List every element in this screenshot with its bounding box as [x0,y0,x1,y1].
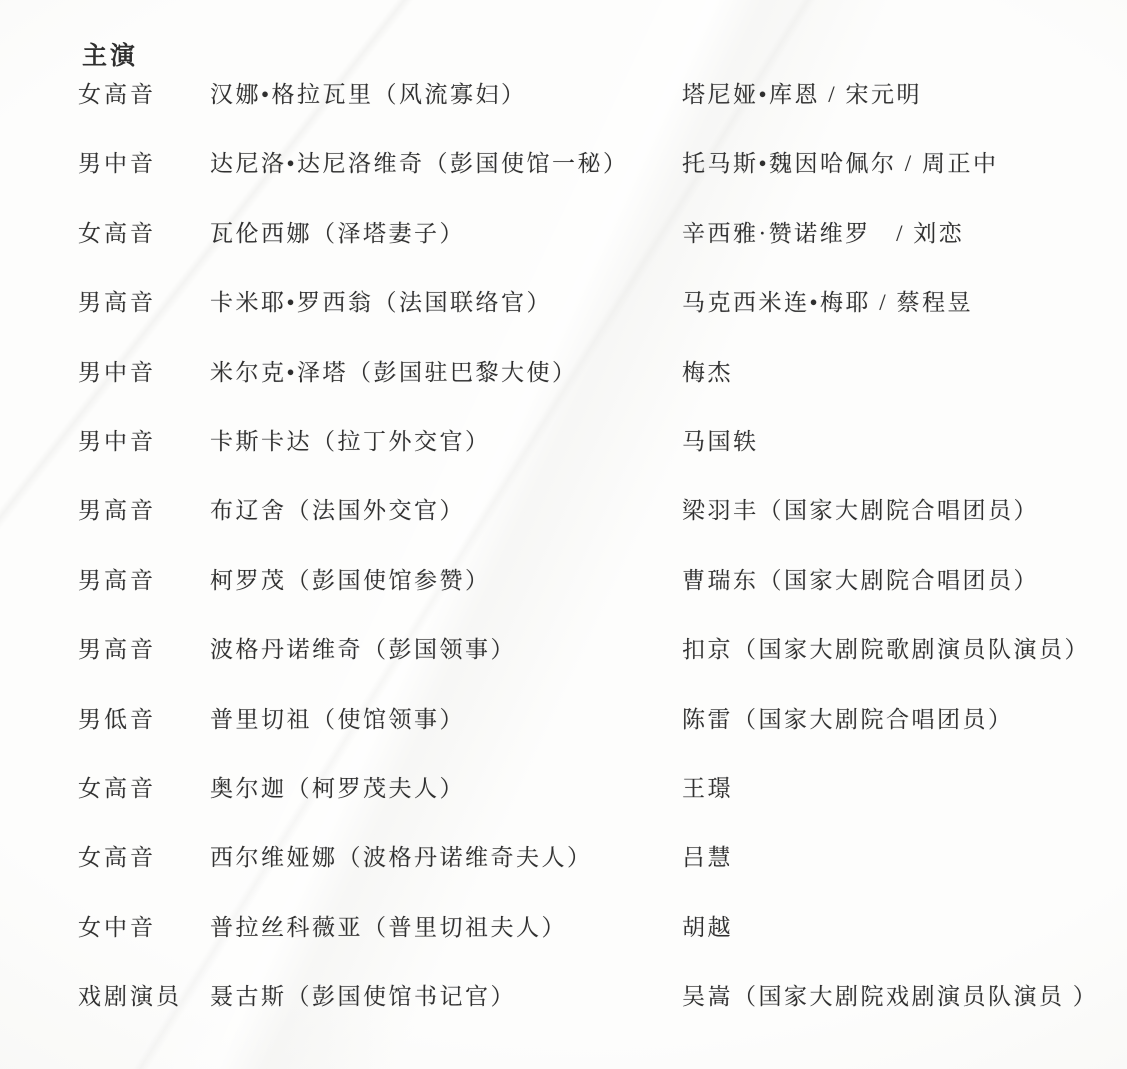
cast-row: 男低音 普里切祖（使馆领事） 陈雷（国家大剧院合唱团员） [78,705,1118,774]
voice-type-label: 男低音 [78,705,210,735]
document-page: 主演 女高音 汉娜•格拉瓦里（风流寡妇） 塔尼娅•库恩 / 宋元明 男中音 达尼… [0,0,1127,1069]
performer-label: 胡越 [682,913,1118,943]
voice-type-label: 男高音 [78,496,210,526]
character-role-label: 瓦伦西娜（泽塔妻子） [210,219,682,249]
character-role-label: 达尼洛•达尼洛维奇（彭国使馆一秘） [210,149,682,179]
character-role-label: 普拉丝科薇亚（普里切祖夫人） [210,913,682,943]
cast-row: 男高音 波格丹诺维奇（彭国领事） 扣京（国家大剧院歌剧演员队演员） [78,635,1118,704]
voice-type-label: 戏剧演员 [78,982,210,1012]
character-role-label: 米尔克•泽塔（彭国驻巴黎大使） [210,358,682,388]
cast-row: 男高音 布辽舍（法国外交官） 梁羽丰（国家大剧院合唱团员） [78,496,1118,565]
character-role-label: 布辽舍（法国外交官） [210,496,682,526]
performer-label: 辛西雅·赞诺维罗 / 刘恋 [682,219,1118,249]
performer-label: 梅杰 [682,358,1118,388]
performer-label: 曹瑞东（国家大剧院合唱团员） [682,566,1118,596]
cast-row: 戏剧演员 聂古斯（彭国使馆书记官） 吴嵩（国家大剧院戏剧演员队演员 ） [78,982,1118,1051]
voice-type-label: 女高音 [78,774,210,804]
voice-type-label: 女高音 [78,80,210,110]
voice-type-label: 男高音 [78,288,210,318]
performer-label: 扣京（国家大剧院歌剧演员队演员） [682,635,1118,665]
character-role-label: 聂古斯（彭国使馆书记官） [210,982,682,1012]
cast-row: 女高音 奥尔迦（柯罗茂夫人） 王璟 [78,774,1118,843]
voice-type-label: 男高音 [78,566,210,596]
cast-row: 男高音 柯罗茂（彭国使馆参赞） 曹瑞东（国家大剧院合唱团员） [78,566,1118,635]
performer-label: 王璟 [682,774,1118,804]
cast-row: 女高音 西尔维娅娜（波格丹诺维奇夫人） 吕慧 [78,843,1118,912]
cast-row: 男中音 达尼洛•达尼洛维奇（彭国使馆一秘） 托马斯•魏因哈佩尔 / 周正中 [78,149,1118,218]
character-role-label: 奥尔迦（柯罗茂夫人） [210,774,682,804]
voice-type-label: 男中音 [78,427,210,457]
performer-label: 吴嵩（国家大剧院戏剧演员队演员 ） [682,982,1118,1012]
character-role-label: 波格丹诺维奇（彭国领事） [210,635,682,665]
cast-row: 女高音 瓦伦西娜（泽塔妻子） 辛西雅·赞诺维罗 / 刘恋 [78,219,1118,288]
voice-type-label: 女高音 [78,219,210,249]
performer-label: 陈雷（国家大剧院合唱团员） [682,705,1118,735]
character-role-label: 卡米耶•罗西翁（法国联络官） [210,288,682,318]
performer-label: 马国轶 [682,427,1118,457]
cast-list: 女高音 汉娜•格拉瓦里（风流寡妇） 塔尼娅•库恩 / 宋元明 男中音 达尼洛•达… [78,80,1118,1051]
cast-row: 女中音 普拉丝科薇亚（普里切祖夫人） 胡越 [78,913,1118,982]
character-role-label: 西尔维娅娜（波格丹诺维奇夫人） [210,843,682,873]
performer-label: 托马斯•魏因哈佩尔 / 周正中 [682,149,1118,179]
character-role-label: 汉娜•格拉瓦里（风流寡妇） [210,80,682,110]
performer-label: 梁羽丰（国家大剧院合唱团员） [682,496,1118,526]
performer-label: 塔尼娅•库恩 / 宋元明 [682,80,1118,110]
character-role-label: 卡斯卡达（拉丁外交官） [210,427,682,457]
page-title: 主演 [82,42,138,72]
cast-row: 男中音 米尔克•泽塔（彭国驻巴黎大使） 梅杰 [78,358,1118,427]
performer-label: 马克西米连•梅耶 / 蔡程昱 [682,288,1118,318]
voice-type-label: 男高音 [78,635,210,665]
voice-type-label: 女中音 [78,913,210,943]
performer-label: 吕慧 [682,843,1118,873]
voice-type-label: 男中音 [78,149,210,179]
character-role-label: 柯罗茂（彭国使馆参赞） [210,566,682,596]
voice-type-label: 男中音 [78,358,210,388]
character-role-label: 普里切祖（使馆领事） [210,705,682,735]
cast-row: 男高音 卡米耶•罗西翁（法国联络官） 马克西米连•梅耶 / 蔡程昱 [78,288,1118,357]
voice-type-label: 女高音 [78,843,210,873]
cast-row: 女高音 汉娜•格拉瓦里（风流寡妇） 塔尼娅•库恩 / 宋元明 [78,80,1118,149]
cast-row: 男中音 卡斯卡达（拉丁外交官） 马国轶 [78,427,1118,496]
